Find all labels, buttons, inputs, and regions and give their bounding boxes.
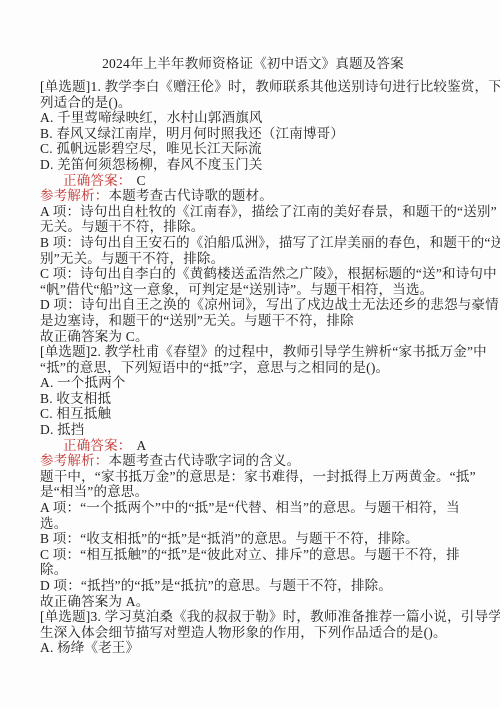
text-line: 除。 xyxy=(40,562,466,578)
analysis-line: 参考解析：本题考查古代诗歌字词的含义。 xyxy=(40,453,466,469)
text-line: C. 孤帆远影碧空尽，唯见长江天际流 xyxy=(40,141,466,157)
answer-label: 正确答案： xyxy=(63,438,132,453)
correct-answer-line: 正确答案：A xyxy=(40,438,466,454)
analysis-label: 参考解析： xyxy=(40,188,109,203)
text-line: D 项：诗句出自王之涣的《凉州词》，写出了戍边战士无法还乡的悲怨与豪情， xyxy=(40,297,466,313)
text-line: 题干中，“家书抵万金”的意思是：家书难得，一封抵得上万两黄金。“抵” xyxy=(40,469,466,485)
text-line: “帆”借代“船”这一意象，可判定是“送别诗”。与题干相符，当选。 xyxy=(40,282,466,298)
text-line: A 项：“一个抵两个”中的“抵”是“代替、相当”的意思。与题干相符，当 xyxy=(40,500,466,516)
answer-value: C xyxy=(137,173,146,188)
document-page: 2024年上半年教师资格证《初中语文》真题及答案 [单选题]1. 教学李白《赠汪… xyxy=(0,0,500,707)
text-line: A. 千里莺啼绿映红，水村山郭酒旗风 xyxy=(40,110,466,126)
text-line: B. 春风又绿江南岸，明月何时照我还（江南博哥） xyxy=(40,126,466,142)
analysis-text: 本题考查古代诗歌字词的含义。 xyxy=(109,453,301,468)
text-line: 故正确答案为 A。 xyxy=(40,594,466,610)
answer-value: A xyxy=(137,438,147,453)
text-line: 是边塞诗，和题干的“送别”无关。与题干不符，排除 xyxy=(40,313,466,329)
text-line: 是“相当”的意思。 xyxy=(40,484,466,500)
text-line: 选。 xyxy=(40,516,466,532)
text-line: D. 抵挡 xyxy=(40,422,466,438)
text-line: D. 羌笛何须怨杨柳，春风不度玉门关 xyxy=(40,157,466,173)
text-line: 生深入体会细节描写对塑造人物形象的作用，下列作品适合的是()。 xyxy=(40,625,466,641)
text-line: B. 收支相抵 xyxy=(40,391,466,407)
text-line: A. 一个抵两个 xyxy=(40,375,466,391)
page-title: 2024年上半年教师资格证《初中语文》真题及答案 xyxy=(40,55,466,72)
document-body: [单选题]1. 教学李白《赠汪伦》时，教师联系其他送别诗句进行比较鉴赏，下列适合… xyxy=(40,79,466,656)
text-line: [单选题]2. 教学杜甫《春望》的过程中，教师引导学生辨析“家书抵万金”中 xyxy=(40,344,466,360)
text-line: [单选题]3. 学习莫泊桑《我的叔叔于勒》时，教师准备推荐一篇小说，引导学 xyxy=(40,609,466,625)
text-line: C. 相互抵触 xyxy=(40,406,466,422)
correct-answer-line: 正确答案：C xyxy=(40,173,466,189)
text-line: A. 杨绛《老王》 xyxy=(40,640,466,656)
text-line: B 项：诗句出自王安石的《泊船瓜洲》，描写了江岸美丽的春色，和题干的“送 xyxy=(40,235,466,251)
text-line: 无关。与题干不符，排除。 xyxy=(40,219,466,235)
text-line: D 项：“抵挡”的“抵”是“抵抗”的意思。与题干不符，排除。 xyxy=(40,578,466,594)
analysis-text: 本题考查古代诗歌的题材。 xyxy=(109,188,273,203)
text-line: [单选题]1. 教学李白《赠汪伦》时，教师联系其他送别诗句进行比较鉴赏，下 xyxy=(40,79,466,95)
answer-label: 正确答案： xyxy=(63,173,132,188)
text-line: B 项：“收支相抵”的“抵”是“抵消”的意思。与题干不符，排除。 xyxy=(40,531,466,547)
text-line: C 项：“相互抵触”的“抵”是“彼此对立、排斥”的意思。与题干不符，排 xyxy=(40,547,466,563)
text-line: A 项：诗句出自杜牧的《江南春》，描绘了江南的美好春景，和题干的“送别” xyxy=(40,204,466,220)
text-line: 别”无关。与题干不符，排除。 xyxy=(40,251,466,267)
text-line: C 项：诗句出自李白的《黄鹤楼送孟浩然之广陵》，根据标题的“送”和诗句中 xyxy=(40,266,466,282)
text-line: 列适合的是()。 xyxy=(40,95,466,111)
text-line: “抵”的意思，下列短语中的“抵”字，意思与之相同的是()。 xyxy=(40,360,466,376)
text-line: 故正确答案为 C。 xyxy=(40,329,466,345)
analysis-line: 参考解析：本题考查古代诗歌的题材。 xyxy=(40,188,466,204)
analysis-label: 参考解析： xyxy=(40,453,109,468)
